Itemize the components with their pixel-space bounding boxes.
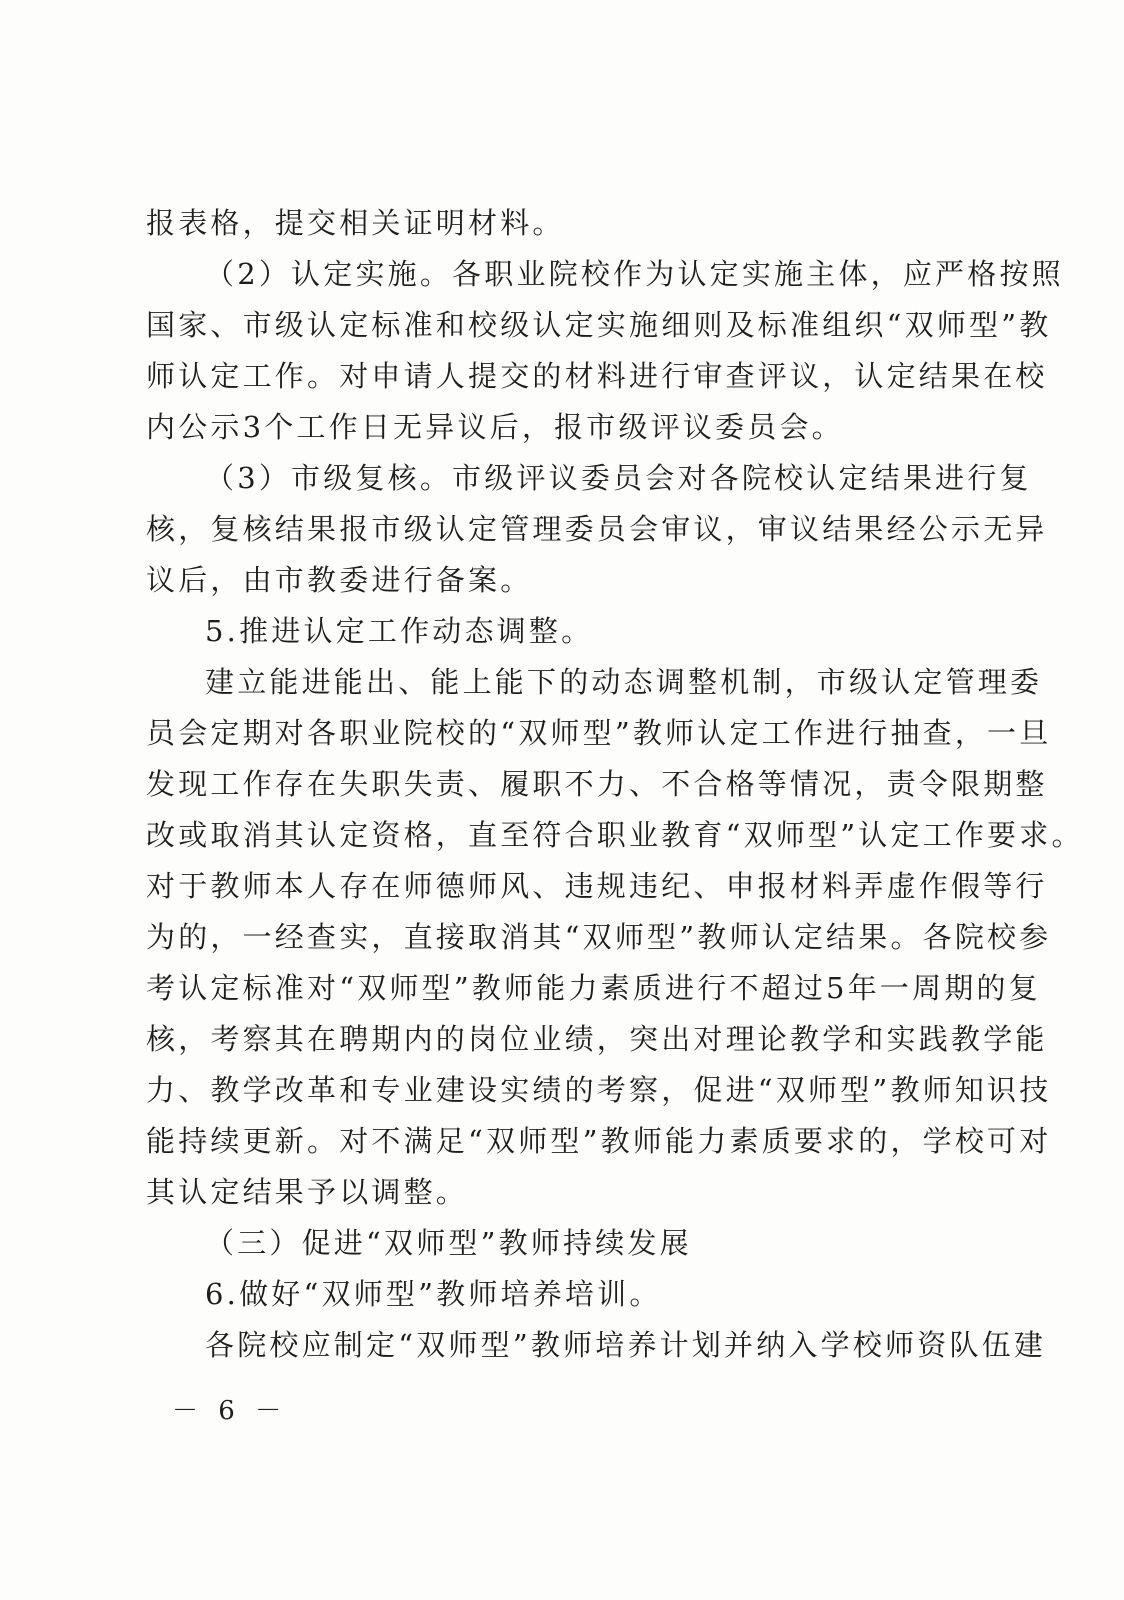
text-line: （3）市级复核。市级评议委员会对各院校认定结果进行复 (205, 458, 1032, 498)
text-line: 能持续更新。对不满足“双师型”教师能力素质要求的，学校可对 (146, 1121, 1051, 1161)
text-line: （2）认定实施。各职业院校作为认定实施主体，应严格按照 (205, 254, 1064, 294)
text-line: 议后，由市教委进行备案。 (146, 560, 532, 600)
text-line: 员会定期对各职业院校的“双师型”教师认定工作进行抽查，一旦 (146, 713, 1051, 753)
page-number: － 6 － (172, 1390, 287, 1427)
text-line: 力、教学改革和专业建设实绩的考察，促进“双师型”教师知识技 (146, 1070, 1051, 1110)
text-line: 报表格，提交相关证明材料。 (146, 203, 565, 243)
text-line: 核，复核结果报市级认定管理委员会审议，审议结果经公示无异 (146, 509, 1048, 549)
text-line: 为的，一经查实，直接取消其“双师型”教师认定结果。各院校参 (146, 917, 1051, 957)
text-line: 其认定结果予以调整。 (146, 1172, 468, 1212)
text-line: 师认定工作。对申请人提交的材料进行审查评议，认定结果在校 (146, 356, 1048, 396)
section-heading: 6.做好“双师型”教师培养培训。 (205, 1274, 662, 1314)
text-line: 对于教师本人存在师德师风、违规违纪、申报材料弄虚作假等行 (146, 866, 1048, 906)
text-line: 国家、市级认定标准和校级认定实施细则及标准组织“双师型”教 (146, 305, 1051, 345)
text-line: 核，考察其在聘期内的岗位业绩，突出对理论教学和实践教学能 (146, 1019, 1048, 1059)
text-line: 改或取消其认定资格，直至符合职业教育“双师型”认定工作要求。 (146, 815, 1084, 855)
text-line: 建立能进能出、能上能下的动态调整机制，市级认定管理委 (205, 662, 1042, 702)
text-line: 内公示3个工作日无异议后，报市级评议委员会。 (146, 407, 844, 447)
section-heading: （三）促进“双师型”教师持续发展 (205, 1223, 692, 1263)
section-heading: 5.推进认定工作动态调整。 (205, 611, 593, 651)
text-line: 发现工作存在失职失责、履职不力、不合格等情况，责令限期整 (146, 764, 1048, 804)
text-line: 各院校应制定“双师型”教师培养计划并纳入学校师资队伍建 (205, 1325, 1046, 1365)
text-line: 考认定标准对“双师型”教师能力素质进行不超过5年一周期的复 (146, 968, 1041, 1008)
